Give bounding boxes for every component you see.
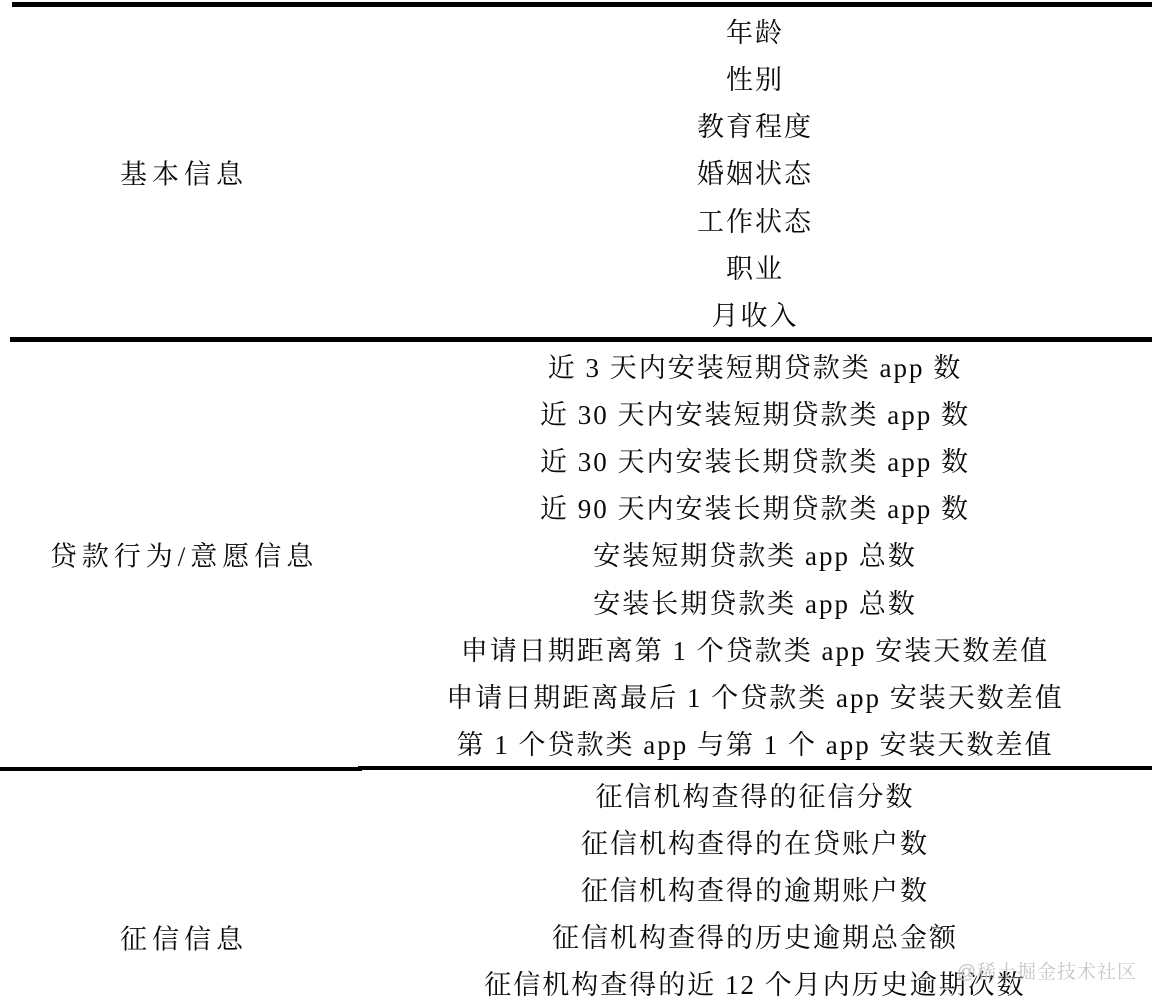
category-cell: 基本信息 <box>0 7 368 337</box>
feature-item: 月收入 <box>368 290 1142 337</box>
category-label: 基本信息 <box>0 153 368 192</box>
section-basic-info: 基本信息 年龄 性别 教育程度 婚姻状态 工作状态 职业 月收入 <box>0 7 1152 337</box>
category-label: 贷款行为/意愿信息 <box>0 535 368 574</box>
feature-item: 征信机构查得的历史逾期总金额 <box>368 912 1142 959</box>
feature-item: 安装长期贷款类 app 总数 <box>368 578 1142 625</box>
items-column: 年龄 性别 教育程度 婚姻状态 工作状态 职业 月收入 <box>368 7 1152 337</box>
juejin-watermark: @稀土掘金技术社区 <box>957 957 1137 984</box>
category-label: 征信信息 <box>0 918 368 957</box>
feature-item: 第 1 个贷款类 app 与第 1 个 app 安装天数差值 <box>368 719 1142 766</box>
feature-item: 征信机构查得的逾期账户数 <box>368 865 1142 912</box>
border-segment-right <box>358 766 1152 770</box>
feature-table: 基本信息 年龄 性别 教育程度 婚姻状态 工作状态 职业 月收入 贷款行为/意愿… <box>0 2 1152 1006</box>
feature-item: 教育程度 <box>368 101 1142 148</box>
feature-item: 近 90 天内安装长期贷款类 app 数 <box>368 483 1142 530</box>
feature-item: 年龄 <box>368 7 1142 54</box>
feature-item: 征信机构查得的在贷账户数 <box>368 818 1142 865</box>
category-cell: 征信信息 <box>0 771 368 1006</box>
feature-item: 近 3 天内安装短期贷款类 app 数 <box>368 342 1142 389</box>
feature-item: 职业 <box>368 243 1142 290</box>
feature-item: 近 30 天内安装短期贷款类 app 数 <box>368 389 1142 436</box>
feature-item: 婚姻状态 <box>368 148 1142 195</box>
feature-item: 申请日期距离最后 1 个贷款类 app 安装天数差值 <box>368 672 1142 719</box>
feature-item: 近 30 天内安装长期贷款类 app 数 <box>368 436 1142 483</box>
feature-item: 安装短期贷款类 app 总数 <box>368 530 1142 577</box>
feature-item: 申请日期距离第 1 个贷款类 app 安装天数差值 <box>368 625 1142 672</box>
items-column: 近 3 天内安装短期贷款类 app 数 近 30 天内安装短期贷款类 app 数… <box>368 342 1152 766</box>
category-cell: 贷款行为/意愿信息 <box>0 342 368 766</box>
feature-item: 征信机构查得的征信分数 <box>368 771 1142 818</box>
feature-item: 工作状态 <box>368 196 1142 243</box>
feature-item: 性别 <box>368 54 1142 101</box>
section-loan-behavior: 贷款行为/意愿信息 近 3 天内安装短期贷款类 app 数 近 30 天内安装短… <box>0 342 1152 766</box>
